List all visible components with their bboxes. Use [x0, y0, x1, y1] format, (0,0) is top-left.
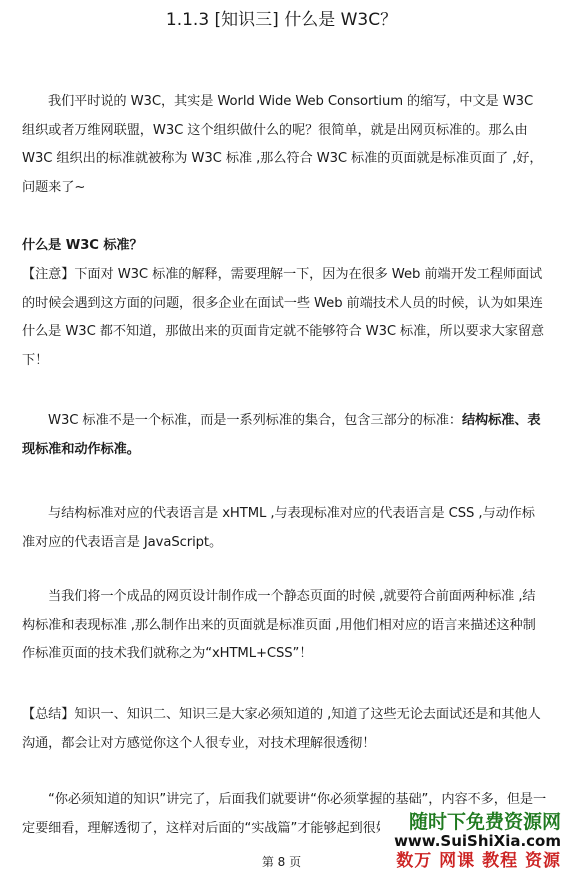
paragraph-line: 什么是 W3C 都不知道，那做出来的页面肯定就不能够符合 W3C 标准，所以要求… — [22, 318, 532, 347]
standards-paragraph: W3C 标准不是一个标准，而是一系列标准的集合，包含三部分的标准：结构标准、表 … — [22, 407, 532, 464]
paragraph-line: 组织或者万维网联盟，W3C 这个组织做什么的呢？很简单，就是出网页标准的。那么由 — [22, 117, 532, 146]
paragraph-line: 沟通，都会让对方感觉你这个人很专业，对技术理解很透彻！ — [22, 730, 532, 759]
note-paragraph: 【注意】下面对 W3C 标准的解释，需要理解一下，因为在很多 Web 前端开发工… — [22, 261, 532, 375]
standards-plain-text: W3C 标准不是一个标准，而是一系列标准的集合，包含三部分的标准： — [48, 413, 462, 428]
paragraph-line: 下！ — [22, 347, 532, 376]
paragraph-line: 的时候会遇到这方面的问题，很多企业在面试一些 Web 前端技术人员的时候，认为如… — [22, 290, 532, 319]
paragraph-line: 我们平时说的 W3C，其实是 World Wide Web Consortium… — [22, 88, 532, 117]
paragraph-line: W3C 标准不是一个标准，而是一系列标准的集合，包含三部分的标准：结构标准、表 — [22, 407, 532, 436]
section-title: 1.1.3 [知识三] 什么是 W3C？ — [0, 8, 563, 32]
paragraph-line: 当我们将一个成品的网页设计制作成一个静态页面的时候 ,就要符合前面两种标准 ,结 — [22, 583, 532, 612]
paragraph-line: 问题来了~ — [22, 174, 532, 203]
subheading: 什么是 W3C 标准？ — [22, 232, 532, 261]
subheading-text: 什么是 W3C 标准？ — [22, 232, 532, 261]
intro-paragraph: 我们平时说的 W3C，其实是 World Wide Web Consortium… — [22, 88, 532, 202]
summary-paragraph: 【总结】知识一、知识二、知识三是大家必须知道的 ,知道了这些无论去面试还是和其他… — [22, 701, 532, 758]
watermark-overlay: 随时下免费资源网 www.SuiShiXia.com 数万 网课 教程 资源 — [380, 812, 563, 875]
watermark-url: www.SuiShiXia.com — [380, 832, 561, 851]
paragraph-line: W3C 组织出的标准就被称为 W3C 标准 ,那么符合 W3C 标准的页面就是标… — [22, 145, 532, 174]
languages-paragraph: 与结构标准对应的代表语言是 xHTML ,与表现标准对应的代表语言是 CSS ,… — [22, 500, 532, 557]
paragraph-line: 作标准页面的技术我们就称之为“xHTML+CSS”！ — [22, 640, 532, 669]
paragraph-line: 构标准和表现标准 ,那么制作出来的页面就是标准页面 ,用他们相对应的语言来描述这… — [22, 612, 532, 641]
paragraph-line: 【总结】知识一、知识二、知识三是大家必须知道的 ,知道了这些无论去面试还是和其他… — [22, 701, 532, 730]
standards-bold-text: 结构标准、表 — [462, 413, 541, 428]
paragraph-line: 现标准和动作标准。 — [22, 436, 532, 465]
paragraph-line: 【注意】下面对 W3C 标准的解释，需要理解一下，因为在很多 Web 前端开发工… — [22, 261, 532, 290]
watermark-site-name: 随时下免费资源网 — [380, 812, 561, 832]
paragraph-line: 准对应的代表语言是 JavaScript。 — [22, 529, 532, 558]
design-paragraph: 当我们将一个成品的网页设计制作成一个静态页面的时候 ,就要符合前面两种标准 ,结… — [22, 583, 532, 669]
paragraph-line: 与结构标准对应的代表语言是 xHTML ,与表现标准对应的代表语言是 CSS ,… — [22, 500, 532, 529]
watermark-tagline: 数万 网课 教程 资源 — [380, 851, 561, 871]
